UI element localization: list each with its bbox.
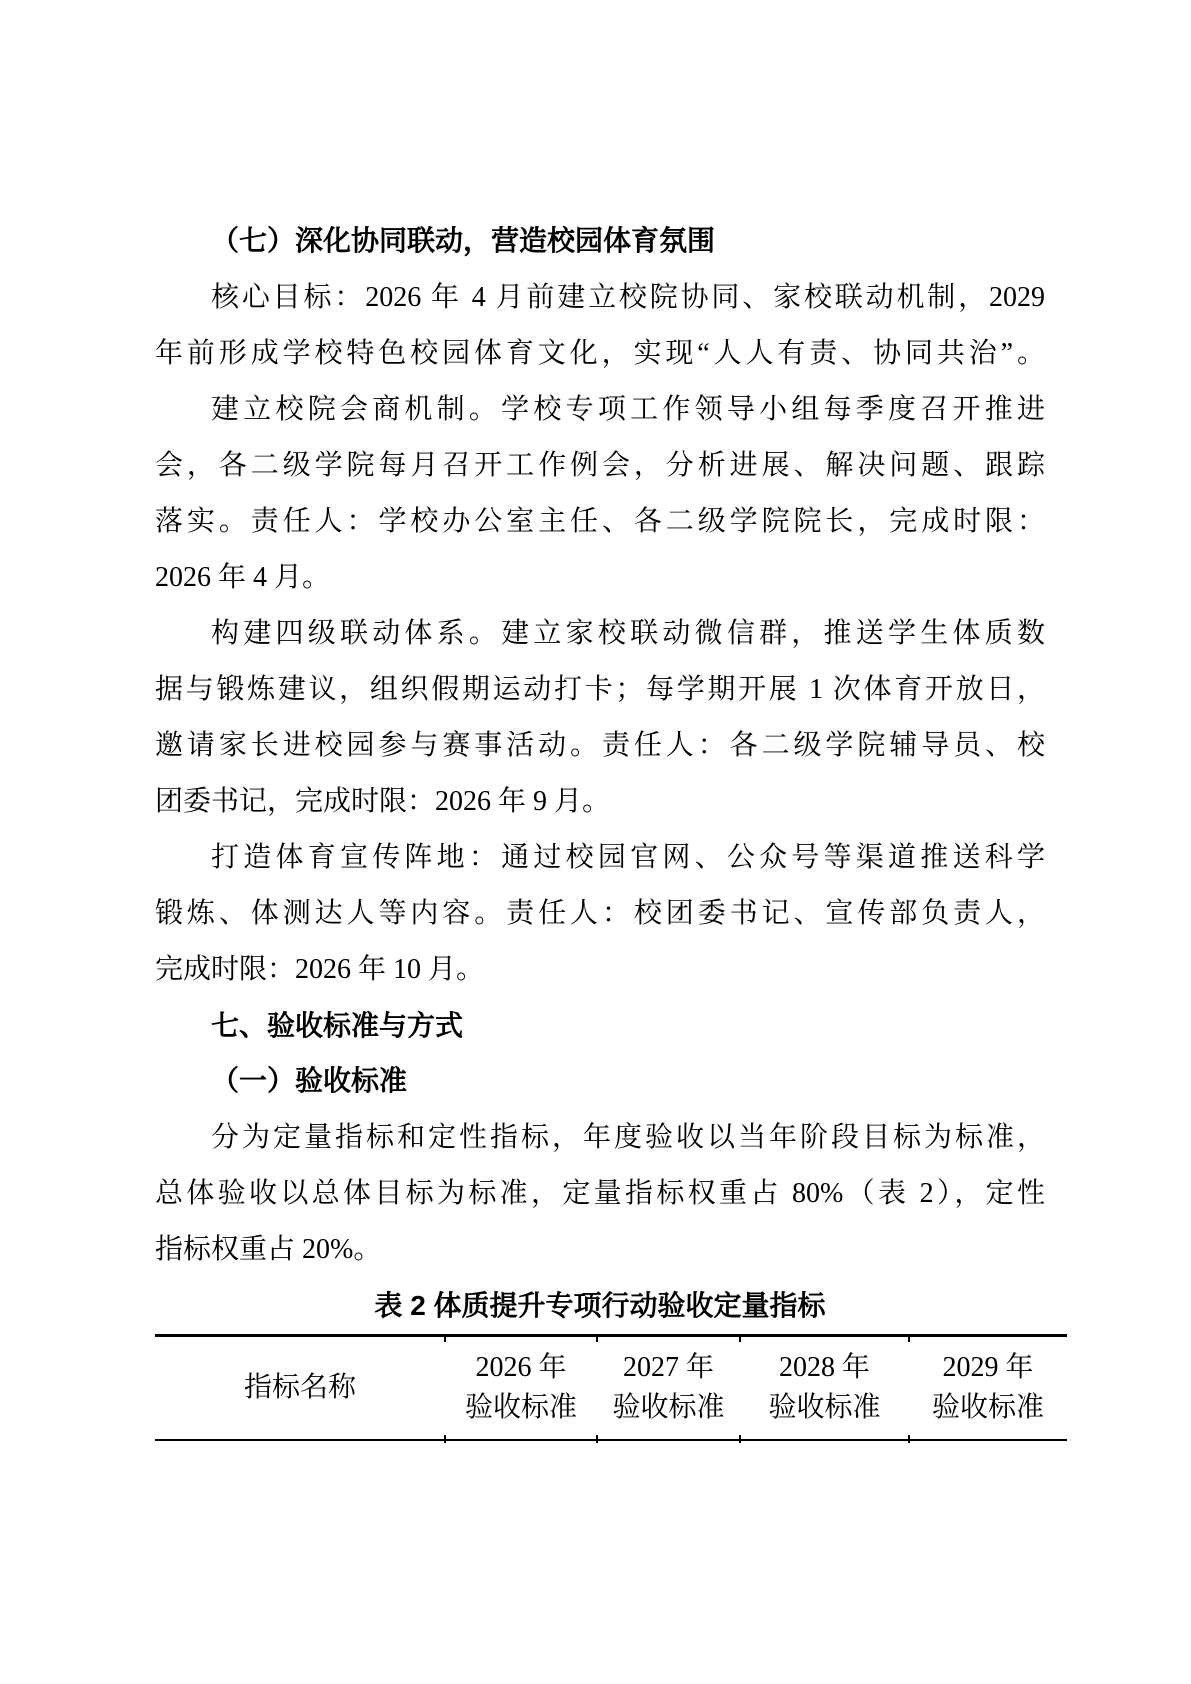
header-cell-line2: 验收标准 [932, 1388, 1044, 1428]
table-column-boundary-tick [739, 1334, 741, 1342]
heading-level1: 七、验收标准与方式 [155, 998, 1045, 1054]
table-header-cell: 2029 年验收标准 [909, 1337, 1067, 1439]
table-title: 表 2 体质提升专项行动验收定量指标 [155, 1278, 1045, 1334]
body-line: 分为定量指标和定性指标，年度验收以当年阶段目标为标准， [155, 1110, 1045, 1166]
header-cell-line1: 2028 年 [779, 1348, 870, 1388]
header-cell-line1: 2029 年 [942, 1348, 1033, 1388]
table-column-boundary-tick [596, 1435, 598, 1443]
header-cell-line1: 指标名称 [244, 1368, 356, 1408]
heading-level2: （一）验收标准 [155, 1054, 1045, 1110]
table-column-boundary-tick [444, 1334, 446, 1342]
header-cell-line2: 验收标准 [465, 1388, 577, 1428]
header-cell-line2: 验收标准 [768, 1388, 880, 1428]
document-page: （七）深化协同联动，营造校园体育氛围核心目标：2026 年 4 月前建立校院协同… [0, 0, 1191, 1684]
table-column-boundary-tick [596, 1334, 598, 1342]
table-header-cell: 2026 年验收标准 [445, 1337, 597, 1439]
header-cell-line2: 验收标准 [612, 1388, 724, 1428]
body-line: 建立校院会商机制。学校专项工作领导小组每季度召开推进 [155, 382, 1045, 438]
table-column-boundary-tick [908, 1435, 910, 1443]
body-line: 打造体育宣传阵地：通过校园官网、公众号等渠道推送科学 [155, 830, 1045, 886]
table-header-cell: 2027 年验收标准 [597, 1337, 740, 1439]
body-line: 指标权重占 20%。 [155, 1222, 1045, 1278]
table-column-boundary-tick [739, 1435, 741, 1443]
table-column-boundary-tick [444, 1435, 446, 1443]
quantitative-indicators-table: 指标名称2026 年验收标准2027 年验收标准2028 年验收标准2029 年… [155, 1334, 1067, 1441]
body-line: 落实。责任人：学校办公室主任、各二级学院院长，完成时限： [155, 494, 1045, 550]
table-header-cell: 指标名称 [155, 1337, 445, 1439]
body-line: 邀请家长进校园参与赛事活动。责任人：各二级学院辅导员、校 [155, 718, 1045, 774]
table-column-boundary-tick [908, 1334, 910, 1342]
heading-level2: （七）深化协同联动，营造校园体育氛围 [155, 214, 1045, 270]
body-line: 核心目标：2026 年 4 月前建立校院协同、家校联动机制，2029 [155, 270, 1045, 326]
body-line: 总体验收以总体目标为标准，定量指标权重占 80%（表 2），定性 [155, 1166, 1045, 1222]
body-line: 构建四级联动体系。建立家校联动微信群，推送学生体质数 [155, 606, 1045, 662]
body-line: 2026 年 4 月。 [155, 550, 1045, 606]
body-line: 锻炼、体测达人等内容。责任人：校团委书记、宣传部负责人， [155, 886, 1045, 942]
body-line: 会，各二级学院每月召开工作例会，分析进展、解决问题、跟踪 [155, 438, 1045, 494]
table-header-row: 指标名称2026 年验收标准2027 年验收标准2028 年验收标准2029 年… [155, 1337, 1067, 1439]
header-cell-line1: 2026 年 [475, 1348, 566, 1388]
body-line: 据与锻炼建议，组织假期运动打卡；每学期开展 1 次体育开放日， [155, 662, 1045, 718]
header-cell-line1: 2027 年 [623, 1348, 714, 1388]
body-line: 年前形成学校特色校园体育文化，实现“人人有责、协同共治”。 [155, 326, 1045, 382]
body-line: 完成时限：2026 年 10 月。 [155, 942, 1045, 998]
document-content: （七）深化协同联动，营造校园体育氛围核心目标：2026 年 4 月前建立校院协同… [155, 214, 1045, 1334]
table-header-cell: 2028 年验收标准 [740, 1337, 909, 1439]
body-line: 团委书记，完成时限：2026 年 9 月。 [155, 774, 1045, 830]
